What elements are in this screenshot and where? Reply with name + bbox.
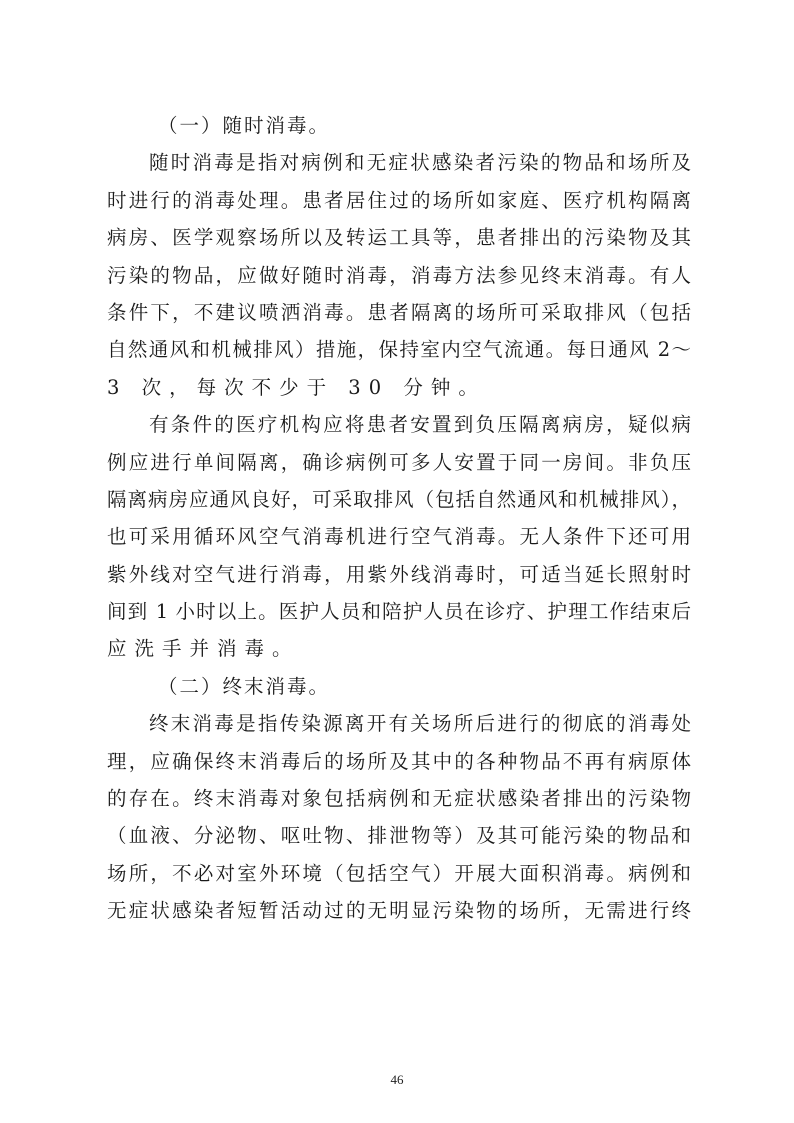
text-line: 也可采用循环风空气消毒机进行空气消毒。无人条件下还可用 [107, 518, 691, 555]
text-line: 随时消毒是指对病例和无症状感染者污染的物品和场所及 [107, 144, 691, 181]
text-line: 有条件的医疗机构应将患者安置到负压隔离病房，疑似病 [107, 406, 691, 443]
text-line: 理，应确保终末消毒后的场所及其中的各种物品不再有病原体 [107, 743, 691, 780]
text-line: 无症状感染者短暂活动过的无明显污染物的场所，无需进行终 [107, 892, 691, 929]
text-line: 例应进行单间隔离，确诊病例可多人安置于同一房间。非负压 [107, 444, 691, 481]
paragraph-2: 有条件的医疗机构应将患者安置到负压隔离病房，疑似病 例应进行单间隔离，确诊病例可… [107, 406, 691, 668]
text-line: 病房、医学观察场所以及转运工具等，患者排出的污染物及其 [107, 219, 691, 256]
text-line: 终末消毒是指传染源离开有关场所后进行的彻底的消毒处 [107, 705, 691, 742]
text-line: 隔离病房应通风良好，可采取排风（包括自然通风和机械排风）， [107, 481, 691, 518]
text-line: 紫外线对空气进行消毒，用紫外线消毒时，可适当延长照射时 [107, 556, 691, 593]
paragraph-1: 随时消毒是指对病例和无症状感染者污染的物品和场所及 时进行的消毒处理。患者居住过… [107, 144, 691, 406]
text-line: 的存在。终末消毒对象包括病例和无症状感染者排出的污染物 [107, 780, 691, 817]
text-line: 时进行的消毒处理。患者居住过的场所如家庭、医疗机构隔离 [107, 182, 691, 219]
section-heading-1: （一）随时消毒。 [107, 107, 691, 144]
text-line: 自然通风和机械排风）措施，保持室内空气流通。每日通风 2～ [107, 331, 691, 368]
section-heading-2: （二）终末消毒。 [107, 668, 691, 705]
paragraph-3: 终末消毒是指传染源离开有关场所后进行的彻底的消毒处 理，应确保终末消毒后的场所及… [107, 705, 691, 929]
text-line: 3 次，每次不少于 30 分钟。 [107, 369, 691, 406]
text-line: （血液、分泌物、呕吐物、排泄物等）及其可能污染的物品和 [107, 817, 691, 854]
page-number: 46 [0, 1072, 794, 1088]
text-line: 应洗手并消毒。 [107, 630, 691, 667]
text-line: 场所，不必对室外环境（包括空气）开展大面积消毒。病例和 [107, 855, 691, 892]
text-line: 条件下，不建议喷洒消毒。患者隔离的场所可采取排风（包括 [107, 294, 691, 331]
text-line: 间到 1 小时以上。医护人员和陪护人员在诊疗、护理工作结束后 [107, 593, 691, 630]
document-page: （一）随时消毒。 随时消毒是指对病例和无症状感染者污染的物品和场所及 时进行的消… [107, 107, 691, 930]
text-line: 污染的物品，应做好随时消毒，消毒方法参见终末消毒。有人 [107, 257, 691, 294]
